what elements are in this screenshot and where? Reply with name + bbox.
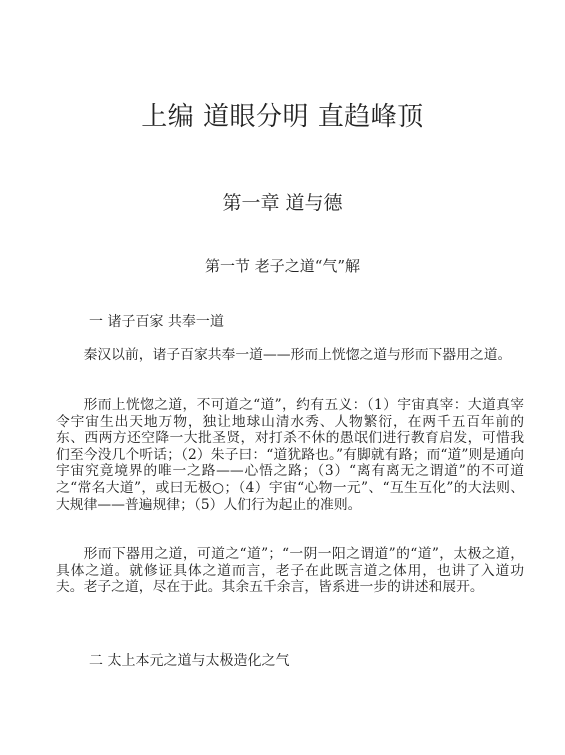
paragraph-text: 形而下器用之道，可道之“道”；“一阴一阳之谓道”的“道”，太极之道，具体之道。就…: [56, 546, 524, 596]
subsection-heading-2: 二 太上本元之道与太极造化之气: [89, 650, 289, 670]
chapter-title: 第一章 道与德: [0, 188, 565, 215]
section-title: 第一节 老子之道“气”解: [0, 255, 565, 276]
paragraph-text: 秦汉以前，诸子百家共奉一道——形而上恍惚之道与形而下器用之道。: [56, 347, 524, 364]
document-page: 上编 道眼分明 直趋峰顶 第一章 道与德 第一节 老子之道“气”解 一 诸子百家…: [0, 0, 565, 755]
subsection-heading-1: 一 诸子百家 共奉一道: [89, 311, 224, 331]
paragraph-1: 秦汉以前，诸子百家共奉一道——形而上恍惚之道与形而下器用之道。: [56, 347, 524, 364]
paragraph-2: 形而上恍惚之道，不可道之“道”，约有五义：（1）宇宙真宰：大道真宰令宇宙生出天地…: [56, 397, 524, 513]
part-title: 上编 道眼分明 直趋峰顶: [0, 96, 565, 133]
paragraph-text: 形而上恍惚之道，不可道之“道”，约有五义：（1）宇宙真宰：大道真宰令宇宙生出天地…: [56, 397, 524, 513]
paragraph-3: 形而下器用之道，可道之“道”；“一阴一阳之谓道”的“道”，太极之道，具体之道。就…: [56, 546, 524, 596]
